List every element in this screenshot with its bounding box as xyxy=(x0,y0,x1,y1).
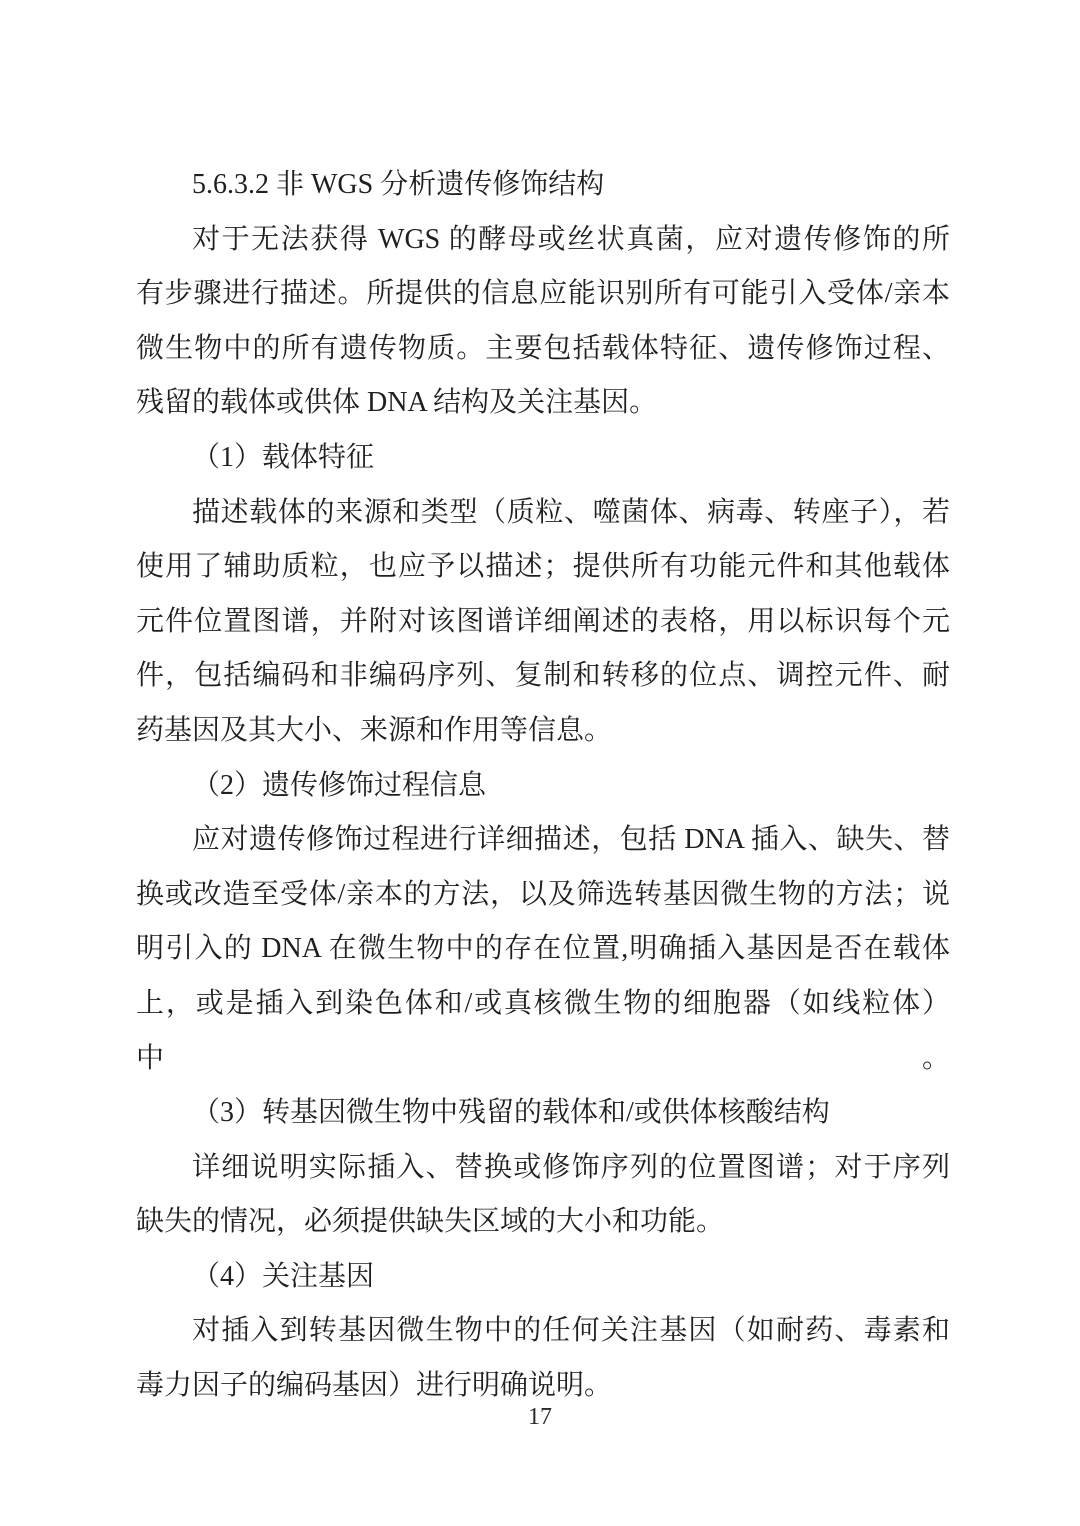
paragraph-line: 描述载体的来源和类型（质粒、噬菌体、病毒、转座子），若 xyxy=(136,486,950,541)
paragraph-line: 明引入的 DNA 在微生物中的存在位置,明确插入基因是否在载体 xyxy=(136,922,950,977)
document-body: 5.6.3.2 非 WGS 分析遗传修饰结构 对于无法获得 WGS 的酵母或丝状… xyxy=(136,158,950,1414)
paragraph-line: 缺失的情况，必须提供缺失区域的大小和功能。 xyxy=(136,1195,950,1250)
paragraph-line: 使用了辅助质粒，也应予以描述；提供所有功能元件和其他载体 xyxy=(136,540,950,595)
paragraph-line: 应对遗传修饰过程进行详细描述，包括 DNA 插入、缺失、替 xyxy=(136,813,950,868)
section-heading: 5.6.3.2 非 WGS 分析遗传修饰结构 xyxy=(136,158,950,213)
document-page: 5.6.3.2 非 WGS 分析遗传修饰结构 对于无法获得 WGS 的酵母或丝状… xyxy=(0,0,1080,1526)
paragraph-line: 元件位置图谱，并附对该图谱详细阐述的表格，用以标识每个元 xyxy=(136,595,950,650)
subsection-2-heading: （2）遗传修饰过程信息 xyxy=(136,759,950,814)
subsection-4-heading: （4）关注基因 xyxy=(136,1250,950,1305)
paragraph-line: 对于无法获得 WGS 的酵母或丝状真菌，应对遗传修饰的所 xyxy=(136,213,950,268)
page-number: 17 xyxy=(0,1400,1080,1434)
paragraph-line: 详细说明实际插入、替换或修饰序列的位置图谱；对于序列 xyxy=(136,1141,950,1196)
subsection-3-heading: （3）转基因微生物中残留的载体和/或供体核酸结构 xyxy=(136,1086,950,1141)
paragraph-line: 对插入到转基因微生物中的任何关注基因（如耐药、毒素和 xyxy=(136,1304,950,1359)
paragraph-line: 上，或是插入到染色体和/或真核微生物的细胞器（如线粒体）中。 xyxy=(136,977,950,1086)
paragraph-line: 微生物中的所有遗传物质。主要包括载体特征、遗传修饰过程、 xyxy=(136,322,950,377)
subsection-1-heading: （1）载体特征 xyxy=(136,431,950,486)
paragraph-line: 有步骤进行描述。所提供的信息应能识别所有可能引入受体/亲本 xyxy=(136,267,950,322)
paragraph-line: 残留的载体或供体 DNA 结构及关注基因。 xyxy=(136,376,950,431)
paragraph-line: 件，包括编码和非编码序列、复制和转移的位点、调控元件、耐 xyxy=(136,649,950,704)
paragraph-line: 药基因及其大小、来源和作用等信息。 xyxy=(136,704,950,759)
paragraph-line: 换或改造至受体/亲本的方法，以及筛选转基因微生物的方法；说 xyxy=(136,868,950,923)
